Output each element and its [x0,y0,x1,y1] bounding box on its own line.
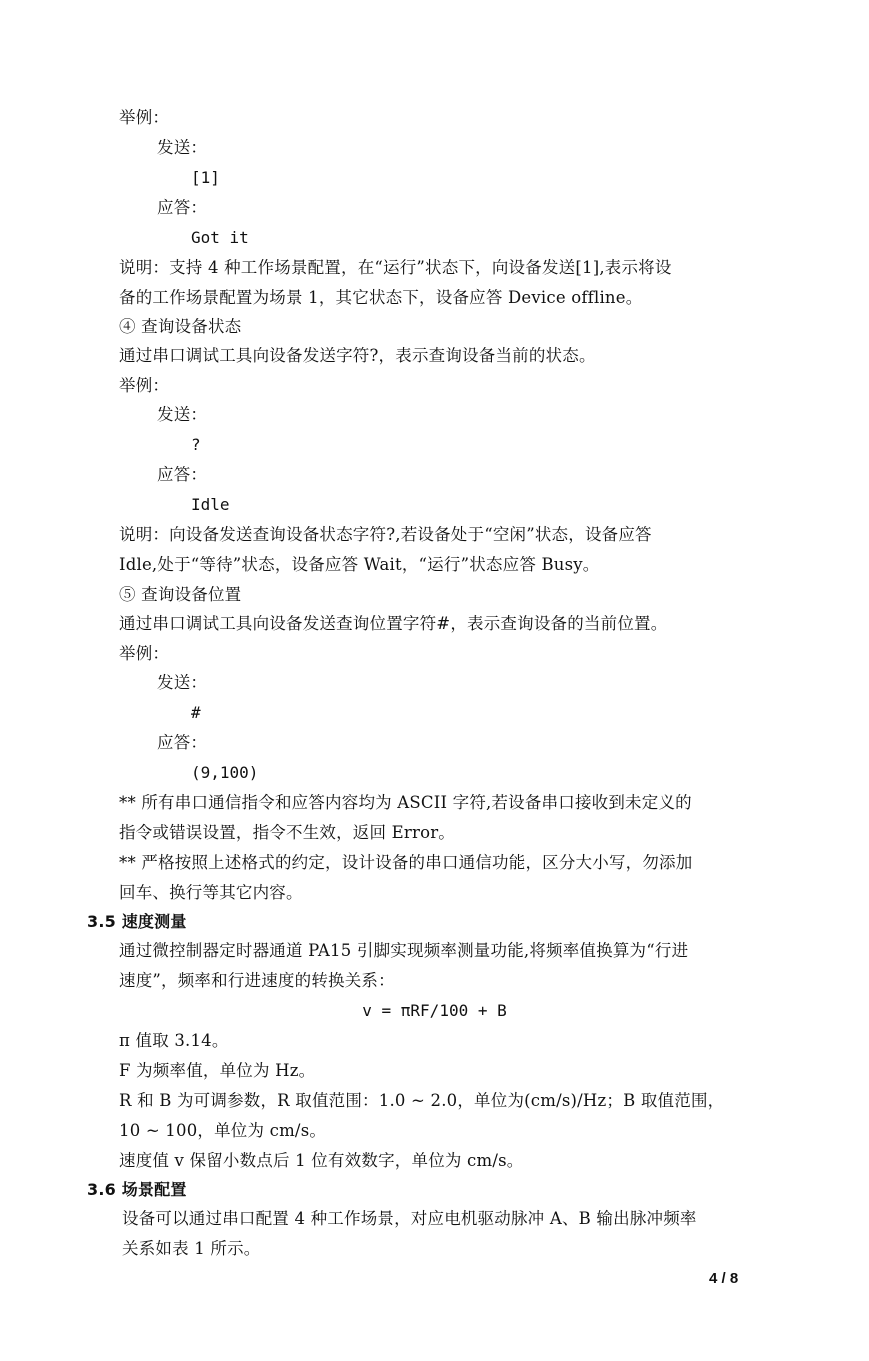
send-value: ? [191,430,201,460]
paragraph: 设备可以通过串口配置 4 种工作场景，对应电机驱动脉冲 A、B 输出脉冲频率 [122,1204,697,1234]
item-title-query-position: ⑤ 查询设备位置 [119,580,241,610]
reply-value: (9,100) [191,758,258,788]
item-description: 通过串口调试工具向设备发送字符?，表示查询设备当前的状态。 [119,341,596,371]
note-format: ** 严格按照上述格式的约定，设计设备的串口通信功能，区分大小写，勿添加 [119,848,692,878]
reply-value: Got it [191,223,249,253]
item-title-query-status: ④ 查询设备状态 [119,312,241,342]
send-label: 发送： [157,668,207,698]
example-label: 举例： [119,371,169,401]
item-description: 通过串口调试工具向设备发送查询位置字符#，表示查询设备的当前位置。 [119,609,667,639]
note-text: 说明：向设备发送查询设备状态字符?,若设备处于“空闲”状态，设备应答 [119,520,652,550]
note-format: 回车、换行等其它内容。 [119,878,303,908]
paragraph: R 和 B 为可调参数，R 取值范围：1.0 ~ 2.0，单位为(cm/s)/H… [119,1086,724,1116]
note-text: 说明：支持 4 种工作场景配置，在“运行”状态下，向设备发送[1],表示将设 [119,253,672,283]
formula: v = πRF/100 + B [0,996,869,1026]
note-ascii: ** 所有串口通信指令和应答内容均为 ASCII 字符,若设备串口接收到未定义的 [119,788,692,818]
send-label: 发送： [157,400,207,430]
reply-label: 应答： [157,728,207,758]
note-text: 备的工作场景配置为场景 1，其它状态下，设备应答 Device offline。 [119,283,642,313]
paragraph: F 为频率值，单位为 Hz。 [119,1056,315,1086]
reply-label: 应答： [157,460,207,490]
paragraph: 通过微控制器定时器通道 PA15 引脚实现频率测量功能,将频率值换算为“行进 [119,936,688,966]
example-label: 举例： [119,639,169,669]
paragraph: 速度”，频率和行进速度的转换关系： [119,966,395,996]
paragraph: 速度值 v 保留小数点后 1 位有效数字，单位为 cm/s。 [119,1146,523,1176]
paragraph: 10 ~ 100，单位为 cm/s。 [119,1116,326,1146]
section-heading-scene: 3.6 场景配置 [87,1175,187,1205]
note-ascii: 指令或错误设置，指令不生效，返回 Error。 [119,818,455,848]
paragraph: 关系如表 1 所示。 [122,1234,261,1264]
send-value: [1] [191,163,220,193]
example-label: 举例： [119,103,169,133]
page-number: 4 / 8 [709,1270,738,1287]
reply-label: 应答： [157,193,207,223]
paragraph: π 值取 3.14。 [119,1026,229,1056]
note-text: Idle,处于“等待”状态，设备应答 Wait，“运行”状态应答 Busy。 [119,550,600,580]
reply-value: Idle [191,490,230,520]
send-label: 发送： [157,133,207,163]
send-value: # [191,698,201,728]
section-heading-speed: 3.5 速度测量 [87,907,187,937]
